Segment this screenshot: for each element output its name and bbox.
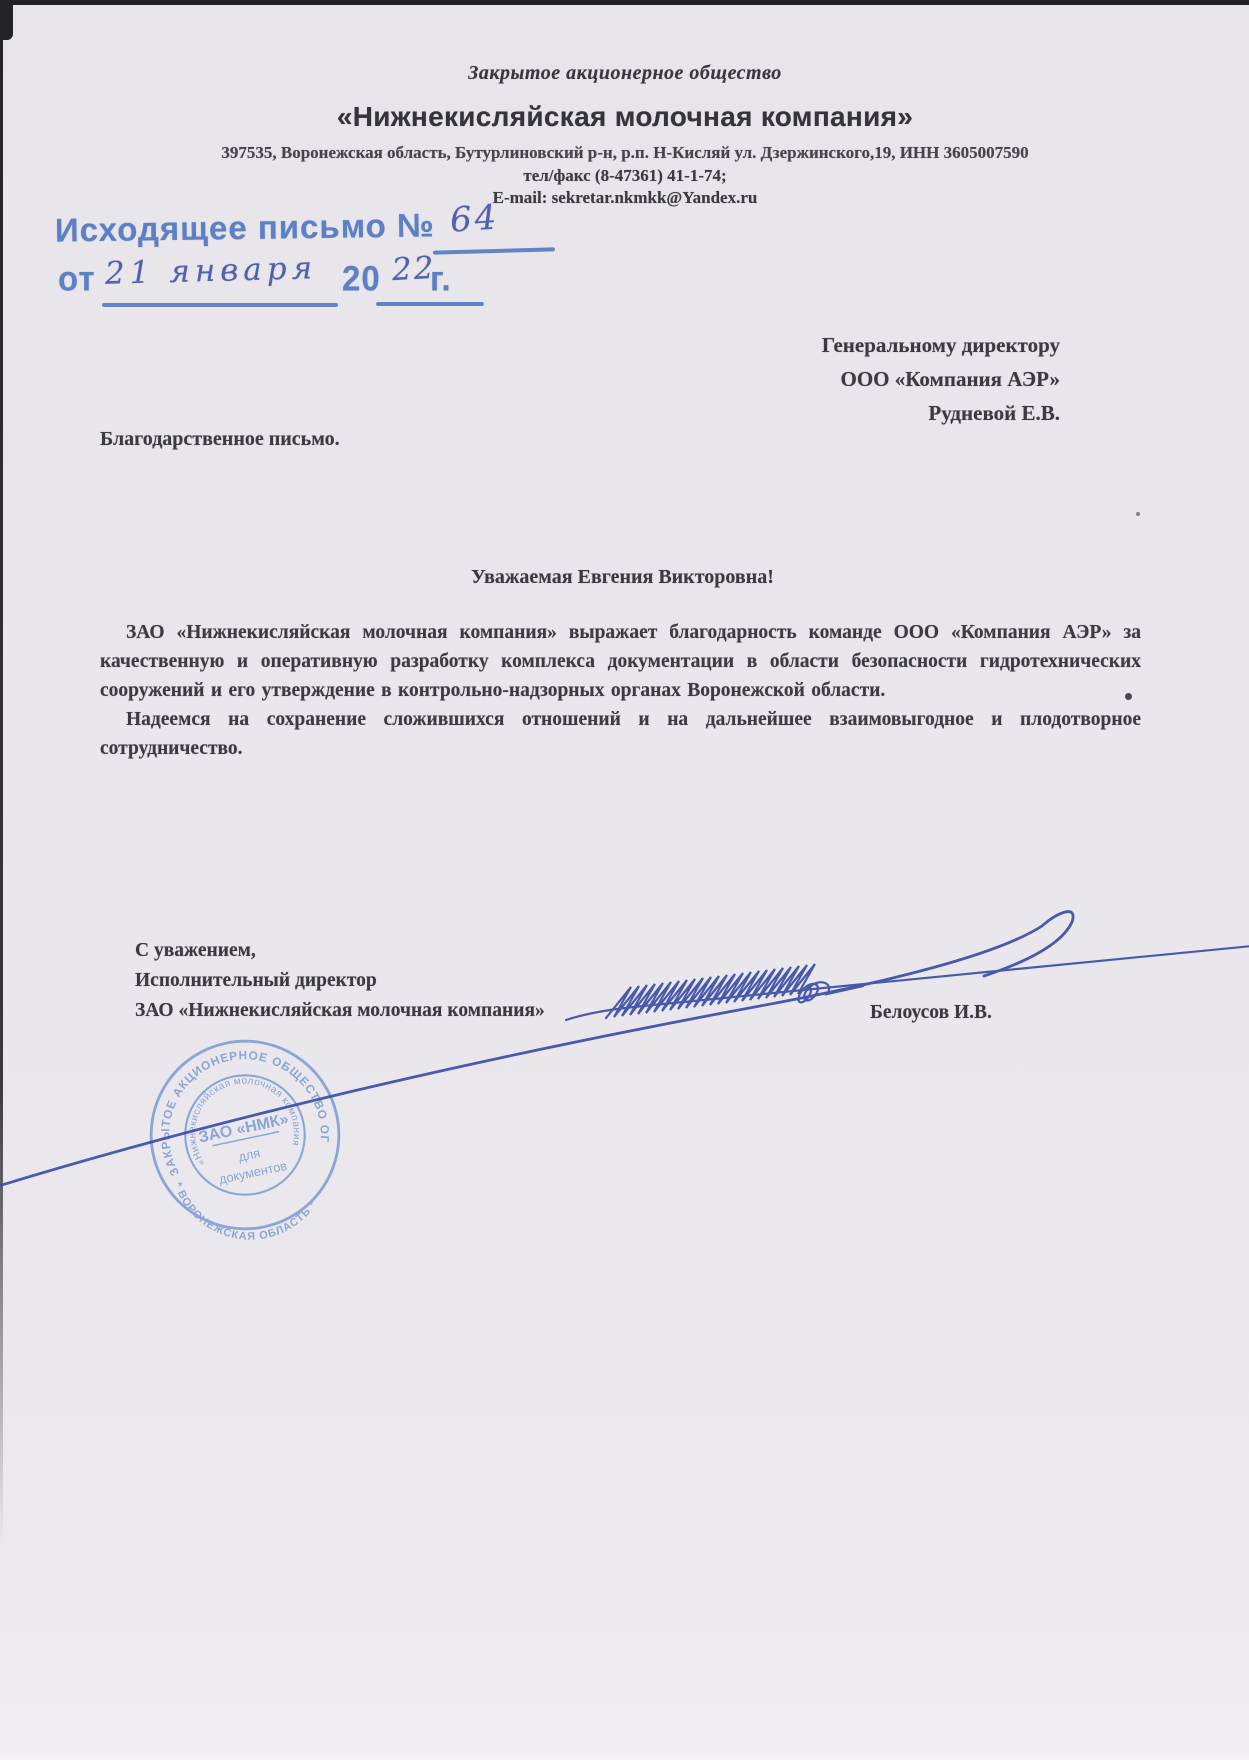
org-phone: тел/факс (8-47361) 41-1-74; [80, 166, 1170, 186]
recipient-title: Генеральному директору [822, 328, 1060, 362]
signature-block: С уважением, Исполнительный директор ЗАО… [135, 936, 1135, 1026]
outgoing-stamp-label: Исходящее письмо № [55, 206, 435, 249]
outgoing-date-line: от 21 января 20 22 г. [58, 257, 538, 309]
scan-edge-left [0, 0, 3, 1545]
signer-name: Белоусов И.В. [870, 998, 992, 1028]
date-handwritten: 21 января [105, 250, 318, 292]
body-paragraph-2: Надеемся на сохранение сложившихся отнош… [100, 705, 1141, 763]
scanned-letter-page: Закрытое акционерное общество «Нижнекисл… [0, 0, 1249, 1760]
year-suffix: г. [430, 259, 452, 299]
signer-company: ЗАО «Нижнекисляйская молочная компания» [135, 1000, 545, 1021]
scan-edge-top [0, 0, 1249, 5]
scan-edge-bottom [0, 1753, 1249, 1760]
signature-row: ЗАО «Нижнекисляйская молочная компания» … [135, 996, 1135, 1026]
year-underline [376, 302, 484, 306]
org-name: «Нижнекисляйская молочная компания» [80, 101, 1170, 133]
company-round-seal: ЗАКРЫТОЕ АКЦИОНЕРНОЕ ОБЩЕСТВО ОГРН 11336… [136, 1026, 354, 1244]
letter-body: ЗАО «Нижнекисляйская молочная компания» … [100, 618, 1141, 763]
date-underline [102, 303, 338, 307]
scan-speck [1136, 512, 1140, 516]
org-type-line: Закрытое акционерное общество [80, 62, 1170, 85]
recipient-person: Рудневой Е.В. [822, 396, 1060, 430]
year-printed: 20 [342, 259, 381, 299]
recipient-company: ООО «Компания АЭР» [822, 362, 1060, 396]
letterhead: Закрытое акционерное общество «Нижнекисл… [80, 62, 1170, 208]
signer-position: Исполнительный директор [135, 966, 1135, 996]
outgoing-number-handwritten: 64 [449, 197, 501, 240]
body-paragraph-1: ЗАО «Нижнекисляйская молочная компания» … [100, 618, 1141, 705]
seal-center-for: для [237, 1145, 262, 1164]
seal-center-name: ЗАО «НМК» [197, 1110, 290, 1147]
seal-center-documents: документов [218, 1158, 289, 1187]
outgoing-number-stamp: Исходящее письмо № 64 от 21 января 20 22… [55, 205, 575, 315]
seal-outer-ring-text: ЗАКРЫТОЕ АКЦИОНЕРНОЕ ОБЩЕСТВО ОГРН 11336… [136, 1026, 336, 1185]
number-underline [433, 247, 555, 254]
recipient-block: Генеральному директору ООО «Компания АЭР… [822, 328, 1060, 430]
org-address: 397535, Воронежская область, Бутурлиновс… [80, 143, 1170, 163]
scan-corner-artifact [0, 0, 13, 40]
letter-subject: Благодарственное письмо. [100, 428, 340, 451]
from-label: от [58, 259, 96, 299]
closing-line: С уважением, [135, 936, 1135, 966]
salutation: Уважаемая Евгения Викторовна! [100, 566, 1145, 589]
